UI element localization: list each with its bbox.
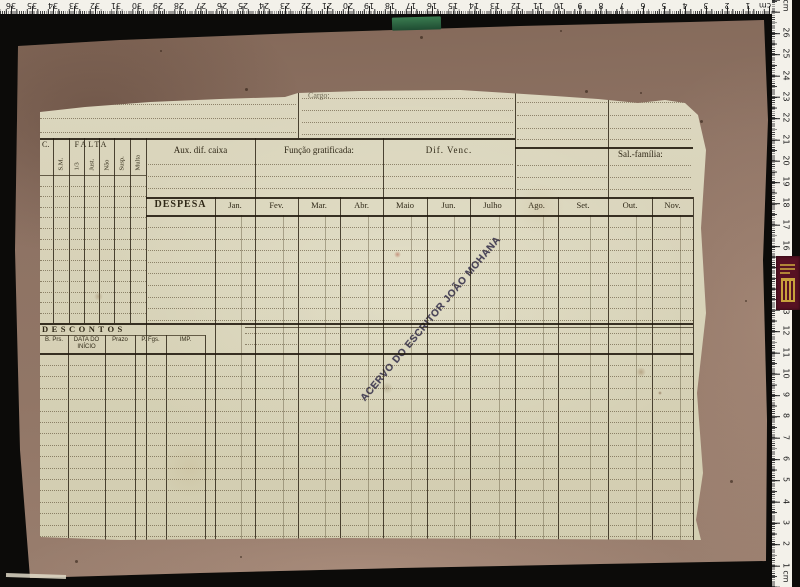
ruler-unit-label: cm <box>782 0 791 14</box>
speck <box>75 560 78 563</box>
badge-text-line <box>780 272 790 274</box>
paper-stain <box>160 438 220 498</box>
paper-stain <box>636 367 646 377</box>
ruler-number: 16 <box>782 238 791 254</box>
ruler-number: 10 <box>782 365 791 381</box>
ruler-number: 21 <box>782 131 791 147</box>
ruler-number: 11 <box>782 344 791 360</box>
badge-text-line <box>780 268 795 270</box>
ruler-number: 26 <box>782 25 791 41</box>
speck <box>700 120 703 123</box>
ruler-number: 3 <box>782 514 791 530</box>
ruler-number: 5 <box>782 472 791 488</box>
top-ruler: 3635343332313029282726252423222120191817… <box>0 0 775 14</box>
speck <box>420 36 423 39</box>
ruler-number: 25 <box>782 46 791 62</box>
ruler-number: 19 <box>782 174 791 190</box>
ruler-number: 9 <box>782 387 791 403</box>
speck <box>240 556 242 558</box>
speck <box>640 92 642 94</box>
badge-text-line <box>780 264 795 266</box>
green-tab <box>392 16 441 30</box>
ruler-number: 22 <box>782 110 791 126</box>
ruler-number: 12 <box>782 323 791 339</box>
paper-stain <box>394 251 401 258</box>
ruler-number: 23 <box>782 88 791 104</box>
ruler-number: 8 <box>782 408 791 424</box>
form-paper: Cargo: C. FALTA Aux. dif. caixa Função g… <box>40 88 713 540</box>
ruler-number: 20 <box>782 152 791 168</box>
ruler-number: 2 <box>782 536 791 552</box>
ruler-number: 24 <box>782 67 791 83</box>
speck <box>585 90 588 93</box>
ruler-number: 7 <box>782 429 791 445</box>
speck <box>245 88 248 91</box>
ruler-number: 4 <box>782 493 791 509</box>
paper-stain <box>658 391 662 395</box>
speck <box>745 300 747 302</box>
ruler-number: 17 <box>782 216 791 232</box>
ruler-number: 18 <box>782 195 791 211</box>
archive-badge <box>776 256 800 310</box>
speck <box>730 480 733 483</box>
paper-stain <box>515 183 565 233</box>
speck <box>160 50 162 52</box>
paper-stains <box>40 88 713 540</box>
ruler-number: 6 <box>782 451 791 467</box>
badge-building-emblem <box>781 278 795 302</box>
ruler-unit-label: cm <box>782 569 791 585</box>
speck <box>560 30 562 32</box>
paper-stain <box>94 292 103 301</box>
paper-stain <box>381 382 393 394</box>
top-ruler-cm-ticks <box>0 6 775 14</box>
scanned-archive-photo: Cargo: C. FALTA Aux. dif. caixa Função g… <box>0 0 800 587</box>
